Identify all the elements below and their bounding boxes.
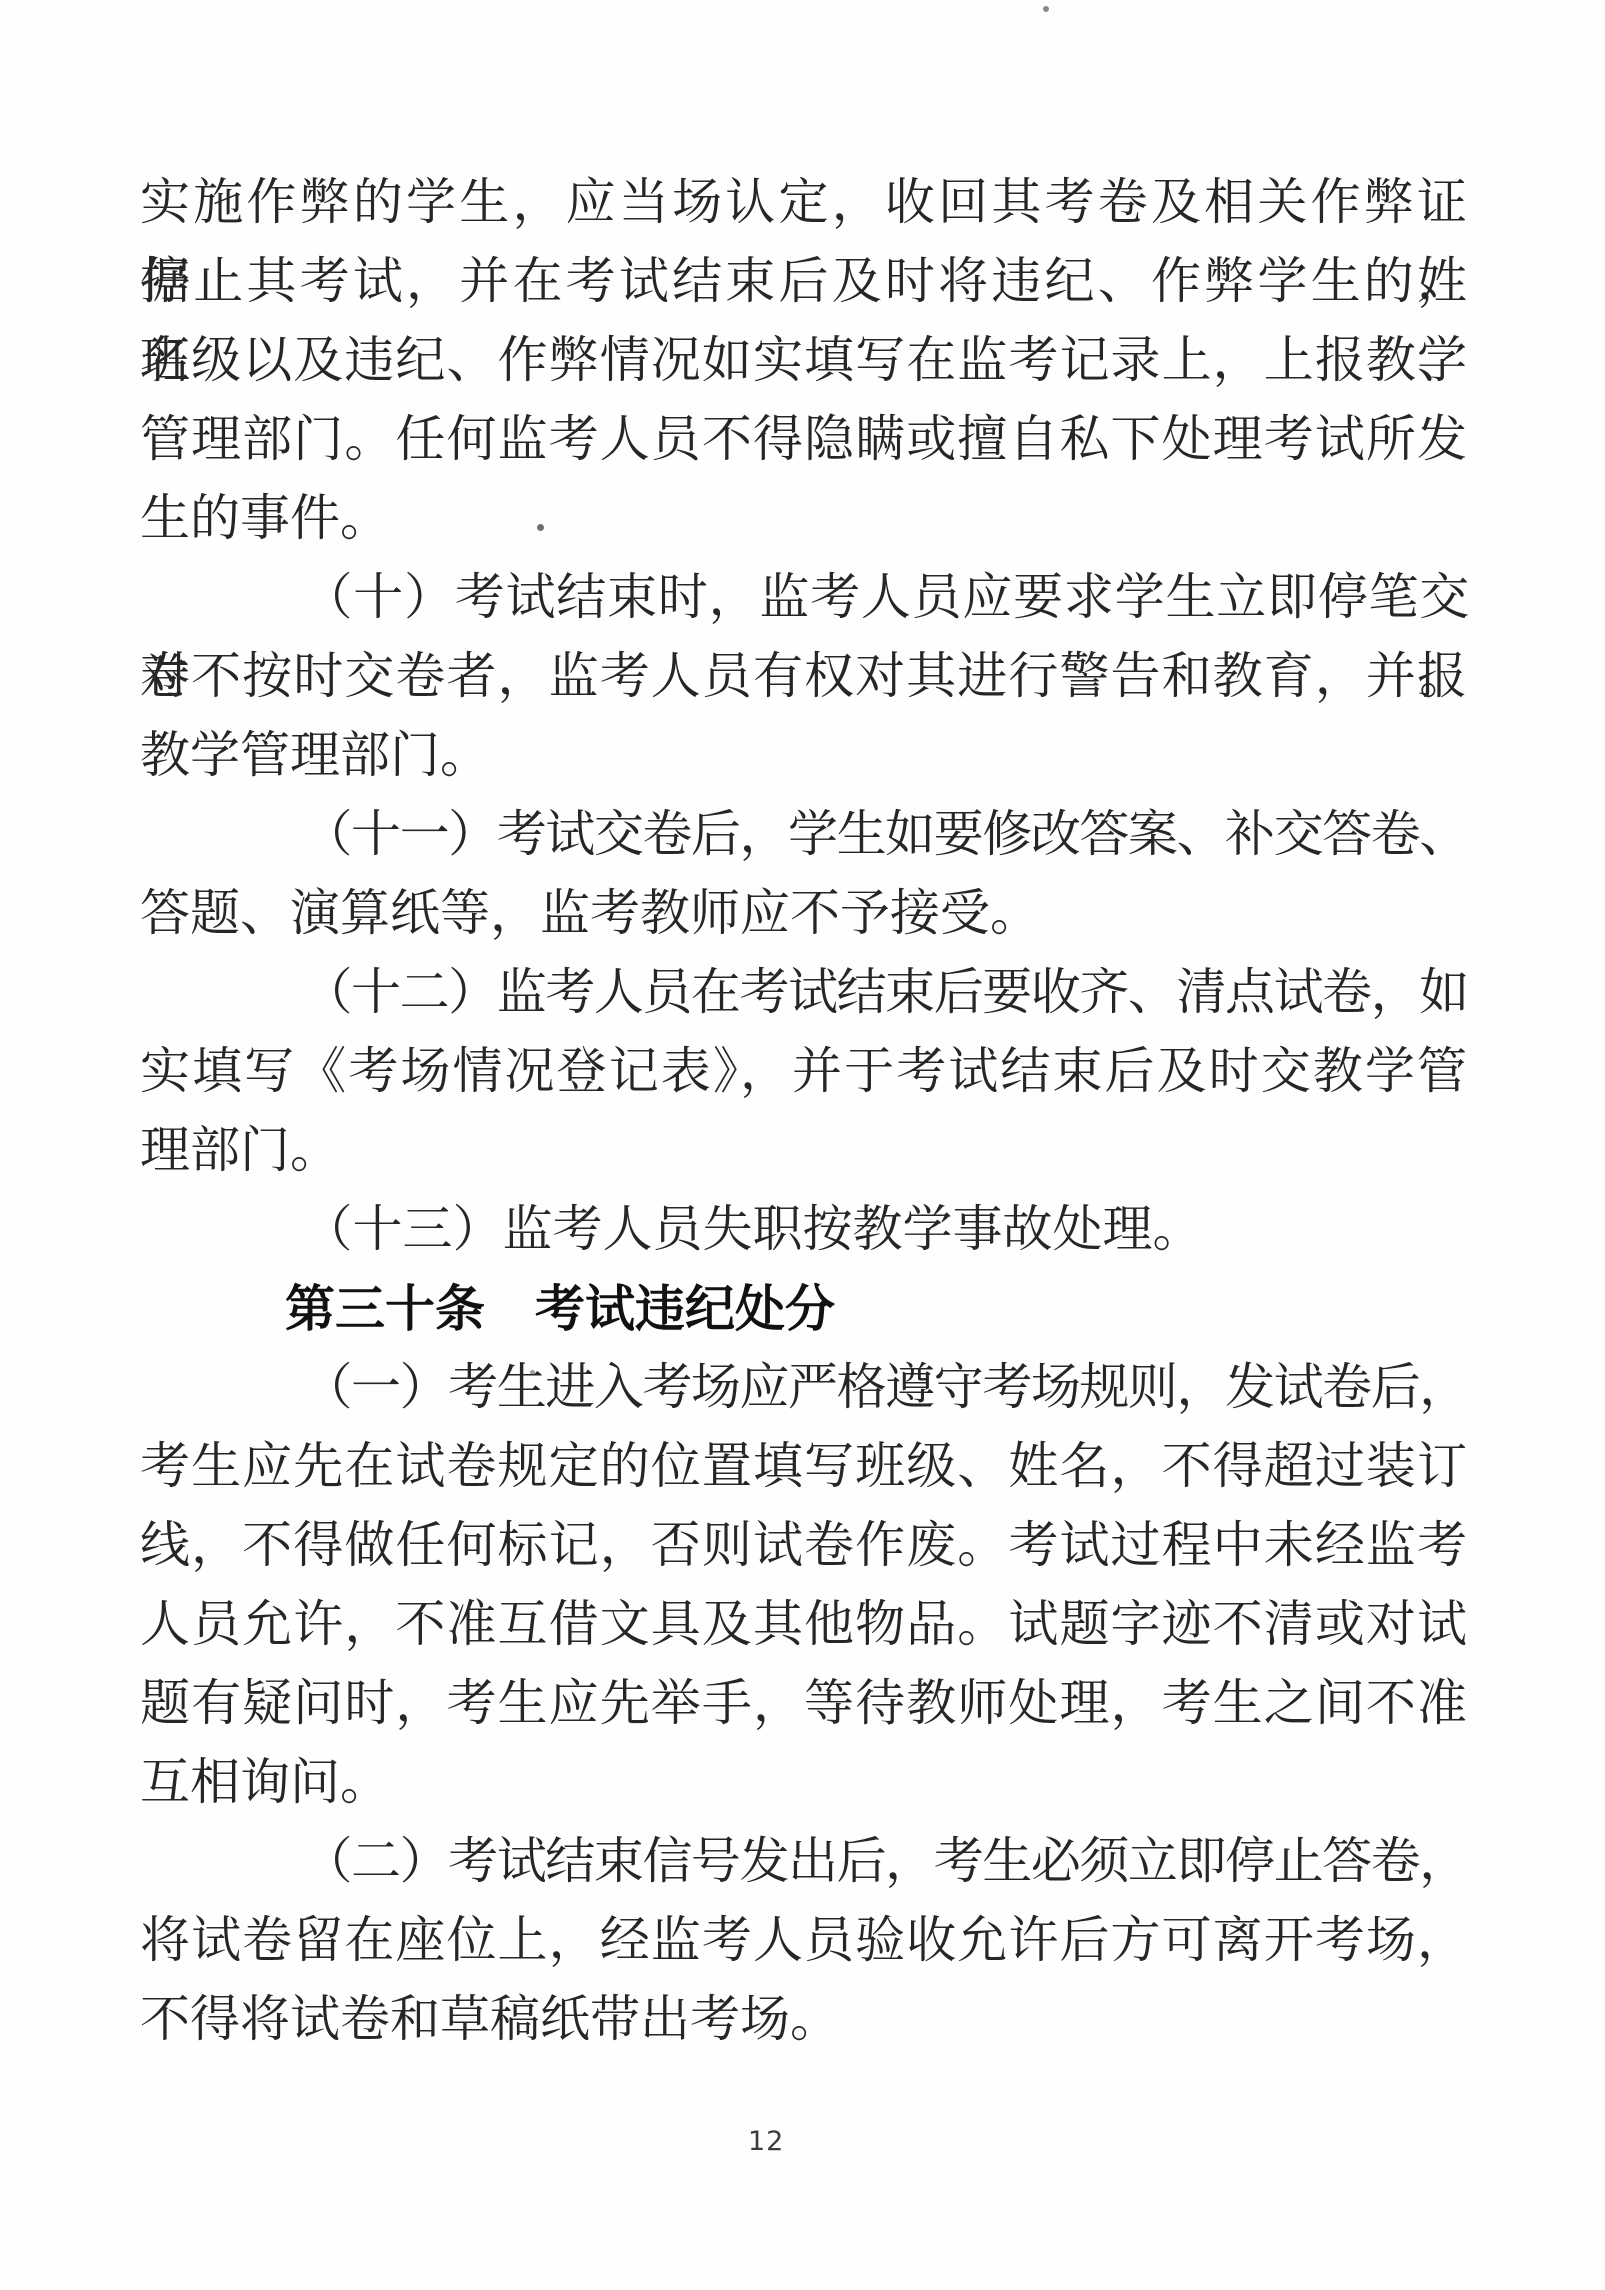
text-line: 互相询问。 [140,1743,1467,1822]
text-line: 考生应先在试卷规定的位置填写班级、姓名，不得超过装订 [140,1427,1467,1506]
text-line: 理部门。 [140,1111,1467,1190]
text-line: 教学管理部门。 [140,716,1467,795]
document-body: 实施作弊的学生，应当场认定，收回其考卷及相关作弊证据，停止其考试，并在考试结束后… [140,163,1467,2059]
text-line: 生的事件。 [140,479,1467,558]
document-page: 实施作弊的学生，应当场认定，收回其考卷及相关作弊证据，停止其考试，并在考试结束后… [0,0,1605,2290]
text-line: 实施作弊的学生，应当场认定，收回其考卷及相关作弊证据， [140,163,1467,242]
text-line: 不得将试卷和草稿纸带出考场。 [140,1980,1467,2059]
text-line: 人员允许，不准互借文具及其他物品。试题字迹不清或对试 [140,1585,1467,1664]
section-heading: 第三十条 考试违纪处分 [140,1269,1467,1348]
text-line: 班级以及违纪、作弊情况如实填写在监考记录上，上报教学 [140,321,1467,400]
text-line: （十二）监考人员在考试结束后要收齐、清点试卷，如 [140,953,1467,1032]
text-line: 将试卷留在座位上，经监考人员验收允许后方可离开考场， [140,1901,1467,1980]
scan-speck-icon [1043,6,1049,12]
text-line: （十三）监考人员失职按教学事故处理。 [140,1190,1467,1269]
text-line: 答题、演算纸等，监考教师应不予接受。 [140,874,1467,953]
text-line: （一）考生进入考场应严格遵守考场规则，发试卷后， [140,1348,1467,1427]
text-line: （十一）考试交卷后，学生如要修改答案、补交答卷、 [140,795,1467,874]
text-line: （二）考试结束信号发出后，考生必须立即停止答卷， [140,1822,1467,1901]
text-line: 停止其考试，并在考试结束后及时将违纪、作弊学生的姓名、 [140,242,1467,321]
page-number: 12 [748,2126,784,2157]
text-line: （十）考试结束时，监考人员应要求学生立即停笔交卷。 [140,558,1467,637]
text-line: 管理部门。任何监考人员不得隐瞒或擅自私下处理考试所发 [140,400,1467,479]
text-line: 实填写《考场情况登记表》，并于考试结束后及时交教学管 [140,1032,1467,1111]
text-line: 对不按时交卷者，监考人员有权对其进行警告和教育，并报 [140,637,1467,716]
text-line: 题有疑问时，考生应先举手，等待教师处理，考生之间不准 [140,1664,1467,1743]
text-line: 线，不得做任何标记，否则试卷作废。考试过程中未经监考 [140,1506,1467,1585]
